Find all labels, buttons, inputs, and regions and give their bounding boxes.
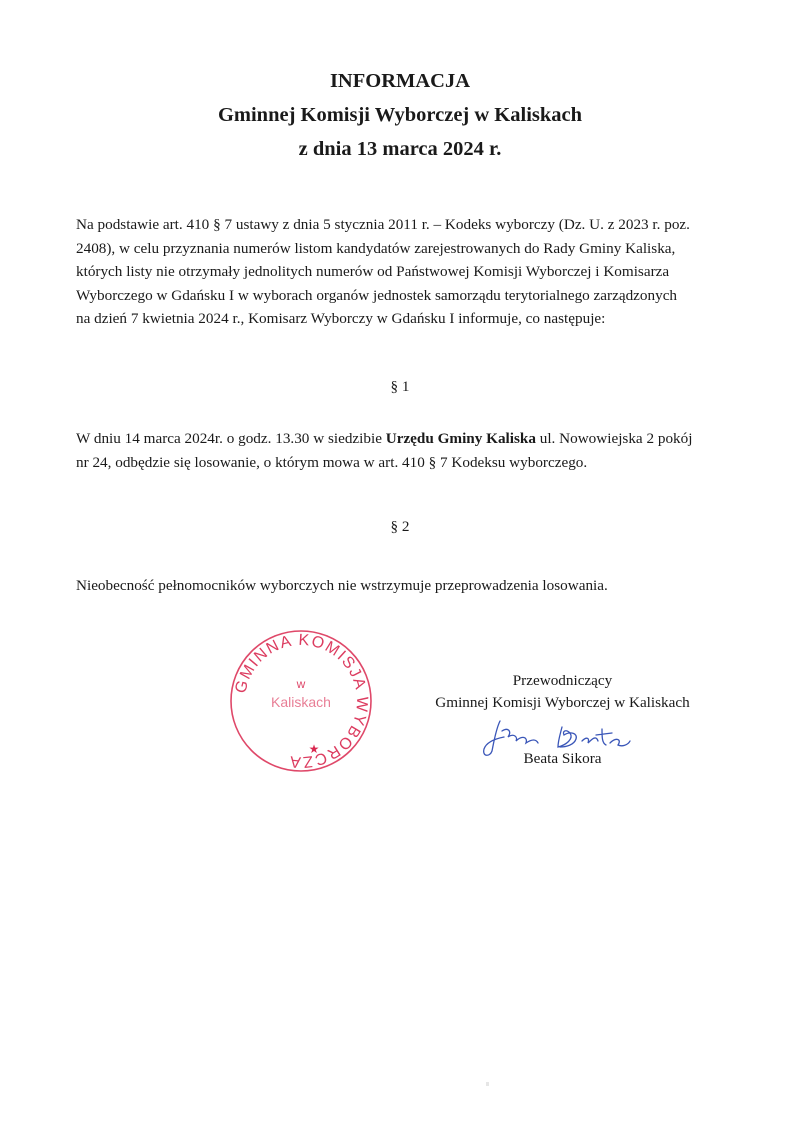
signer-organization: Gminnej Komisji Wyborczej w Kaliskach <box>400 692 725 714</box>
intro-line: Na podstawie art. 410 § 7 ustawy z dnia … <box>76 213 726 237</box>
document-title: INFORMACJA <box>0 70 800 93</box>
signer-name: Beata Sikora <box>400 750 725 768</box>
section-1-paragraph: W dniu 14 marca 2024r. o godz. 13.30 w s… <box>76 427 726 474</box>
signer-role: Przewodniczący <box>400 670 725 692</box>
star-icon: ★ <box>309 742 320 756</box>
intro-line: na dzień 7 kwietnia 2024 r., Komisarz Wy… <box>76 307 726 331</box>
section-2-paragraph: Nieobecność pełnomocników wyborczych nie… <box>76 574 726 598</box>
text-segment: W dniu 14 marca 2024r. o godz. 13.30 w s… <box>76 430 386 447</box>
stamp-center-w: w <box>296 677 306 691</box>
stamp-center-place: Kaliskach <box>271 694 331 710</box>
section-1-line-1: W dniu 14 marca 2024r. o godz. 13.30 w s… <box>76 427 726 451</box>
intro-line: 2408), w celu przyznania numerów listom … <box>76 237 726 261</box>
stamp-graphic: GMINNA KOMISJA WYBORCZA w Kaliskach ★ <box>228 628 374 774</box>
office-name: Urzędu Gminy Kaliska <box>386 430 536 447</box>
official-stamp: GMINNA KOMISJA WYBORCZA w Kaliskach ★ <box>228 628 374 774</box>
document-date: z dnia 13 marca 2024 r. <box>0 138 800 161</box>
intro-line: których listy nie otrzymały jednolitych … <box>76 260 726 284</box>
section-1-line-2: nr 24, odbędzie się losowanie, o którym … <box>76 451 726 475</box>
intro-paragraph: Na podstawie art. 410 § 7 ustawy z dnia … <box>76 213 726 331</box>
text-segment: ul. Nowowiejska 2 pokój <box>536 430 693 447</box>
signature-title: Przewodniczący Gminnej Komisji Wyborczej… <box>400 670 725 714</box>
section-2-heading: § 2 <box>0 518 800 536</box>
intro-line: Wyborczego w Gdańsku I w wyborach organó… <box>76 284 726 308</box>
section-1-heading: § 1 <box>0 378 800 396</box>
document-subtitle: Gminnej Komisji Wyborczej w Kaliskach <box>0 104 800 127</box>
scan-speck <box>486 1082 489 1086</box>
